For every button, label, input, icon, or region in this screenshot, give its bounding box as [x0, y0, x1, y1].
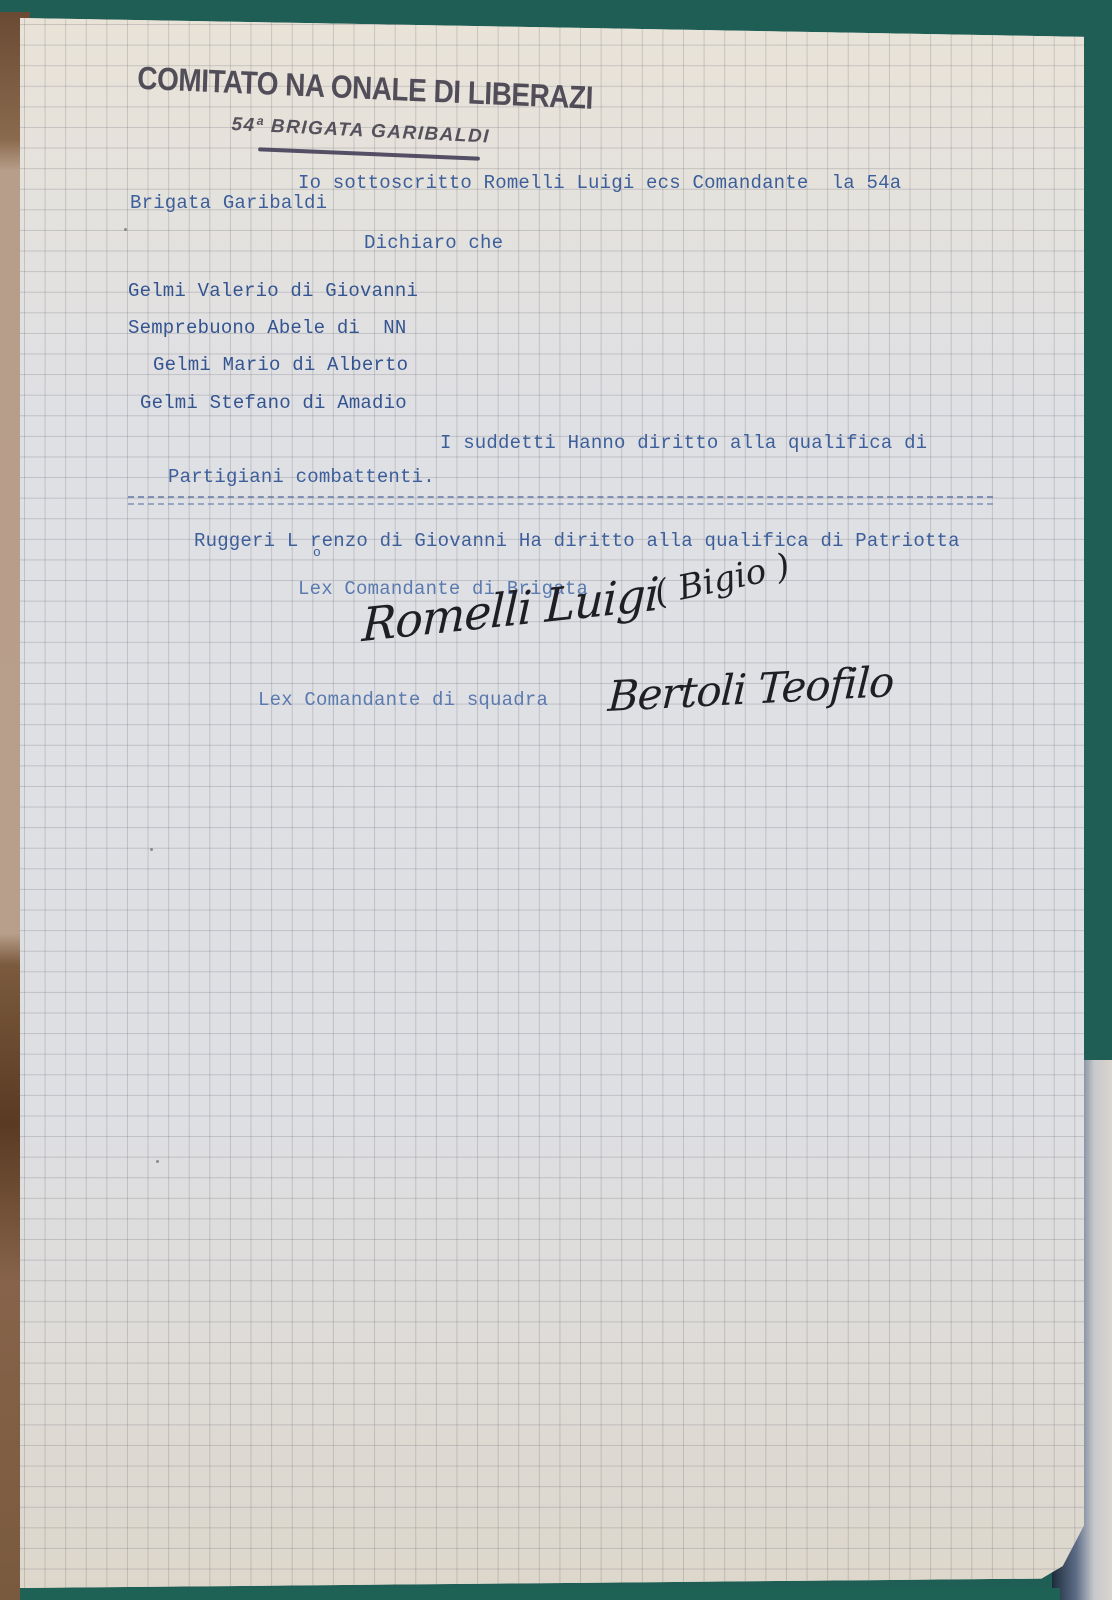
name-item-4: Gelmi Stefano di Amadio — [140, 392, 407, 414]
patriot-correction-mark: o — [313, 545, 321, 560]
declaration-heading: Dichiaro che — [364, 232, 503, 254]
patriot-line: Ruggeri L renzo di Giovanni Ha diritto a… — [194, 530, 960, 552]
name-item-1: Gelmi Valerio di Giovanni — [128, 280, 418, 302]
intro-line-2: Brigata Garibaldi — [130, 192, 327, 214]
intro-line-1: Io sottoscritto Romelli Luigi ecs Comand… — [298, 172, 901, 194]
paper-speck — [124, 228, 127, 231]
grid-paper-sheet — [20, 18, 1084, 1588]
name-item-3: Gelmi Mario di Alberto — [153, 354, 408, 376]
squad-commander-label: Lex Comandante di squadra — [258, 689, 548, 711]
name-item-2: Semprebuono Abele di NN — [128, 317, 406, 339]
qualification-line-2: Partigiani combattenti. — [168, 466, 435, 488]
background-mat-strip — [20, 1588, 1060, 1600]
typed-separator-line — [128, 496, 993, 505]
paper-speck — [156, 1160, 159, 1163]
paper-speck — [150, 848, 153, 851]
qualification-line-1: I suddetti Hanno diritto alla qualifica … — [440, 432, 927, 454]
